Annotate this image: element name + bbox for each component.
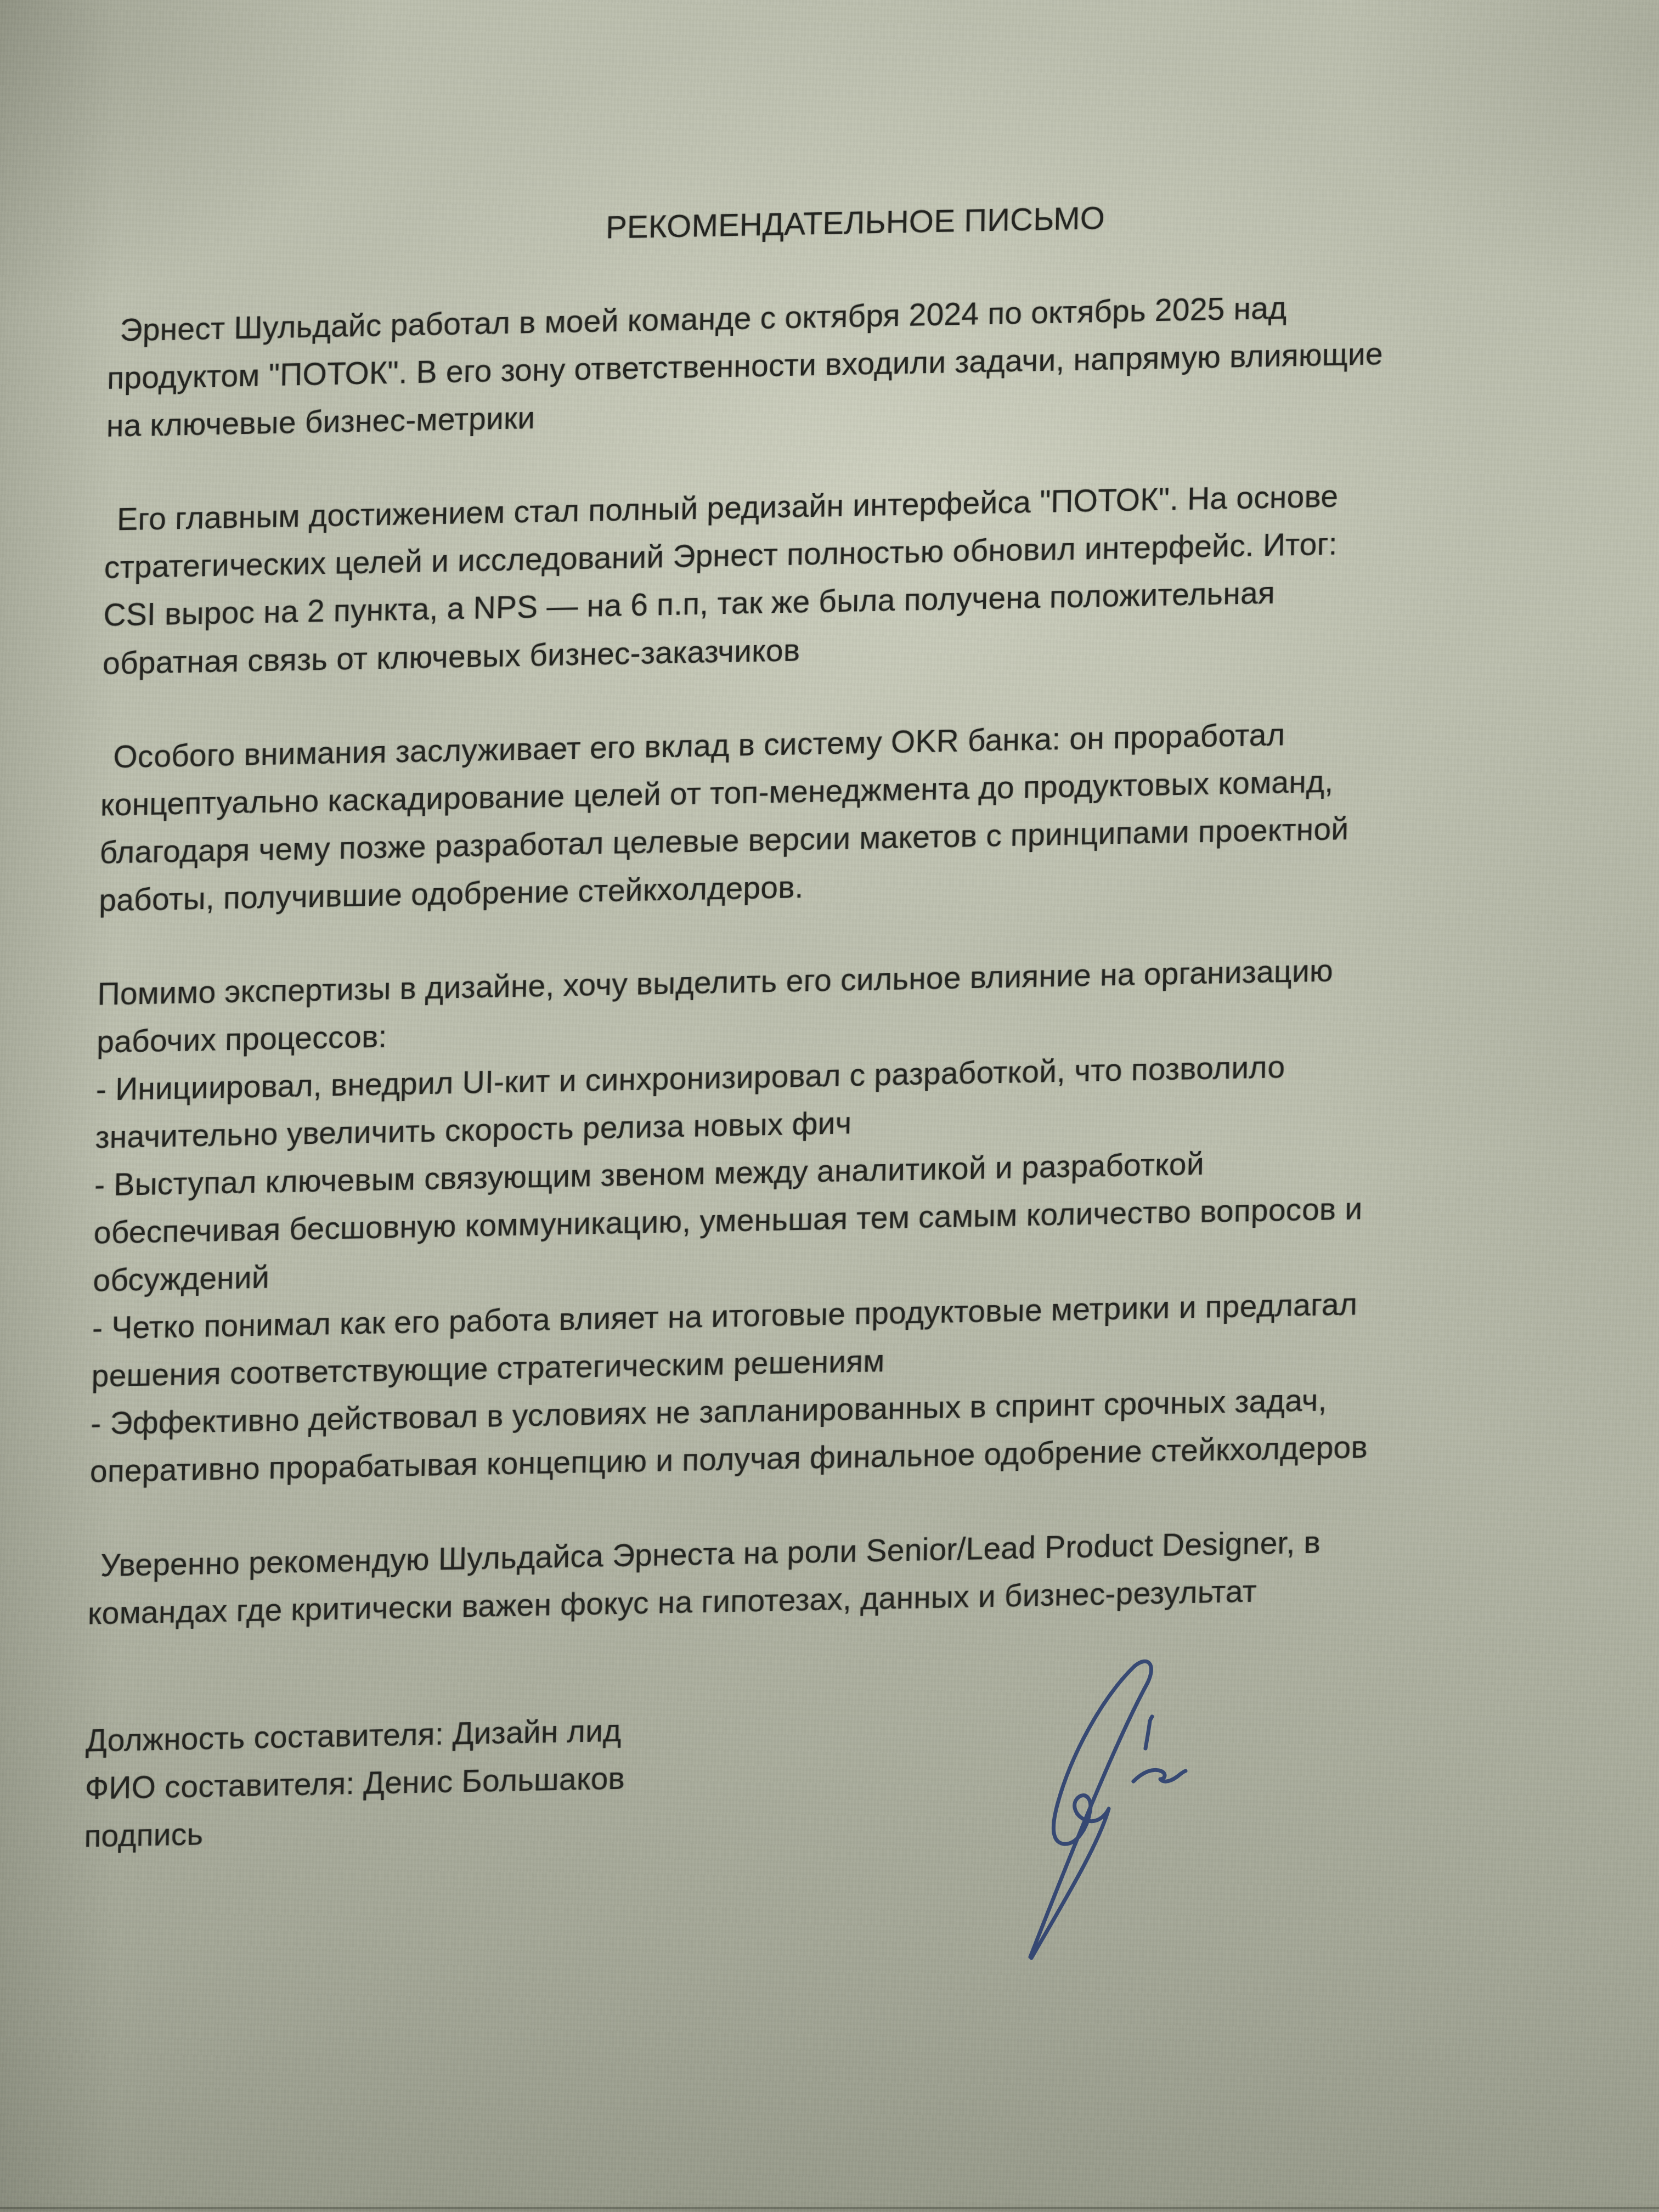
paragraph-okr-contribution: Особого внимания заслуживает его вклад в…: [99, 705, 1594, 924]
signature-flourish-stroke: [1133, 1770, 1186, 1781]
paragraph-recommendation: Уверенно рекомендую Шульдайса Эрнеста на…: [87, 1514, 1581, 1638]
paper-photo-background: РЕКОМЕНДАТЕЛЬНОЕ ПИСЬМО Эрнест Шульдайс …: [0, 0, 1659, 2212]
signature-block: Должность составителя: Дизайн лид ФИО со…: [84, 1689, 1578, 1860]
letter-title: РЕКОМЕНДАТЕЛЬНОЕ ПИСЬМО: [109, 185, 1602, 261]
paragraph-achievement: Его главным достижением стал полный реди…: [102, 468, 1597, 687]
handwritten-signature: [971, 1643, 1245, 1994]
process-impact-section: Помимо экспертизы в дизайне, хочу выдели…: [89, 942, 1590, 1496]
letter-body: РЕКОМЕНДАТЕЛЬНОЕ ПИСЬМО Эрнест Шульдайс …: [84, 185, 1602, 1861]
signature-tick-stroke: [1145, 1717, 1152, 1748]
bullet-communication-link: - Выступал ключевым связующим звеном меж…: [93, 1133, 1587, 1305]
paragraph-experience: Эрнест Шульдайс работал в моей команде с…: [106, 279, 1600, 450]
signature-main-stroke: [1030, 1661, 1151, 1958]
